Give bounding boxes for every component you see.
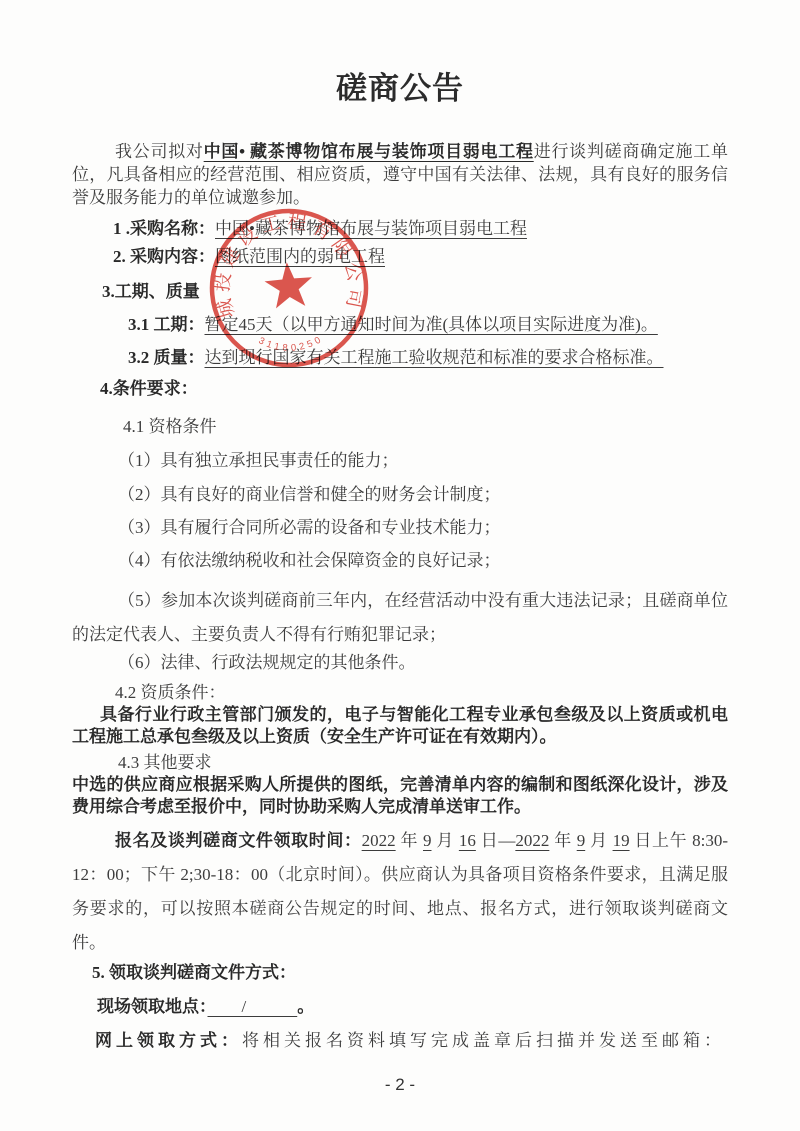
stamp-star-icon xyxy=(263,260,314,309)
credentials-heading: 4.2 资质条件： xyxy=(115,682,728,704)
credentials-paragraph: 具备行业行政主管部门颁发的，电子与智能化工程专业承包叁级及以上资质或机电工程施工… xyxy=(72,704,728,748)
document-body: 我公司拟对中国• 藏茶博物馆布展与装饰项目弱电工程进行谈判磋商确定施工单位，凡具… xyxy=(0,140,800,1096)
doc-title: 磋商公告 xyxy=(0,0,800,108)
qualification-heading: 4.1 资格条件 xyxy=(123,416,728,438)
stamp-serial-number: 31180250 xyxy=(256,330,327,357)
condition-item-6: （6）法律、行政法规规定的其他条件。 xyxy=(118,652,728,674)
condition-item-4: （4）有依法缴纳税收和社会保障资金的良好记录； xyxy=(118,550,728,572)
document-page: 磋商公告 我公司拟对中国• 藏茶博物馆布展与装饰项目弱电工程进行谈判磋商确定施工… xyxy=(0,0,800,1131)
conditions-heading: 4.条件要求： xyxy=(100,378,728,400)
onsite-collection-line: 现场领取地点： / 。 xyxy=(97,996,728,1018)
condition-item-3: （3）具有履行合同所必需的设备和专业技术能力； xyxy=(118,517,728,539)
online-collection-line: 网上领取方式：将相关报名资料填写完成盖章后扫描并发送至邮箱： xyxy=(95,1030,728,1052)
condition-item-1: （1）具有独立承担民事责任的能力； xyxy=(118,450,728,472)
intro-paragraph: 我公司拟对中国• 藏茶博物馆布展与装饰项目弱电工程进行谈判磋商确定施工单位，凡具… xyxy=(72,140,728,209)
duration-quality-heading: 3.工期、质量 xyxy=(102,281,728,303)
page-number: - 2 - xyxy=(72,1074,728,1096)
collection-time-paragraph: 报名及谈判磋商文件领取时间：2022 年 9 月 16 日—2022 年 9 月… xyxy=(72,824,728,960)
collection-method-heading: 5. 领取谈判磋商文件方式： xyxy=(92,962,728,984)
other-requirements-heading: 4.3 其他要求 xyxy=(118,752,728,774)
other-requirements-paragraph: 中选的供应商应根据采购人所提供的图纸，完善清单内容的编制和图纸深化设计，涉及费用… xyxy=(72,774,728,818)
company-stamp: 城投建设工程有限公司 31180250 xyxy=(197,196,381,380)
condition-item-5: （5）参加本次谈判磋商前三年内，在经营活动中没有重大违法记录；且磋商单位的法定代… xyxy=(72,584,728,652)
condition-item-2: （2）具有良好的商业信誉和健全的财务会计制度； xyxy=(118,484,728,506)
